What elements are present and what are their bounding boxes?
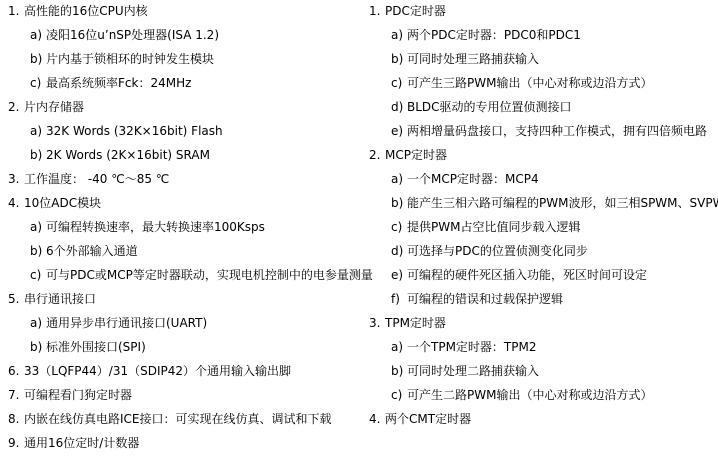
item-marker: 1. [369,0,385,23]
item-marker: 8. [8,407,24,431]
item-marker: c) [391,215,407,239]
item-text: 通用异步串行通讯接口(UART) [46,316,207,330]
item-text: BLDC驱动的专用位置侦测接口 [407,100,572,114]
item-text: 通用16位定时/计数器 [24,436,139,450]
item-text: 可选择与PDC的位置侦测变化同步 [407,244,588,258]
item-marker: a) [391,23,407,47]
list-item: 8.内嵌在线仿真电路ICE接口：可实现在线仿真、调试和下载 [0,407,358,431]
item-text: 提供PWM占空比值同步载入逻辑 [407,220,580,234]
list-item: a)可编程转换速率，最大转换速率100Ksps [0,215,358,239]
item-marker: b) [391,359,407,383]
list-item: 7.可编程看门狗定时器 [0,383,358,407]
item-text: 可编程的硬件死区插入功能，死区时间可设定 [407,268,647,282]
item-marker: 3. [369,311,385,335]
list-item: b)6个外部输入通道 [0,239,358,263]
list-item: 2.MCP定时器 [361,143,718,167]
item-marker: f) [391,287,407,311]
item-marker: 2. [369,143,385,167]
item-text: 可编程转换速率，最大转换速率100Ksps [46,220,265,234]
list-item: 1.PDC定时器 [361,0,718,23]
item-marker: 4. [8,191,24,215]
item-marker: a) [30,23,46,47]
item-text: 可同时处理三路捕获输入 [407,52,539,66]
item-marker: c) [30,71,46,95]
list-item: a)通用异步串行通讯接口(UART) [0,311,358,335]
list-item: b)能产生三相六路可编程的PWM波形，如三相SPWM、SVPWM等 [361,191,718,215]
item-text: 可产生二路PWM输出（中心对称或边沿方式） [407,388,652,402]
list-item: f)可编程的错误和过载保护逻辑 [361,287,718,311]
item-text: 串行通讯接口 [24,292,96,306]
item-marker: a) [391,335,407,359]
item-text: 内嵌在线仿真电路ICE接口：可实现在线仿真、调试和下载 [24,412,332,426]
item-text: 一个MCP定时器：MCP4 [407,172,539,186]
item-text: 10位ADC模块 [24,196,101,210]
item-text: 可编程看门狗定时器 [24,388,132,402]
item-marker: a) [30,119,46,143]
item-text: 高性能的16位CPU内核 [24,4,148,18]
item-text: PDC定时器 [385,4,446,18]
list-item: a)两个PDC定时器：PDC0和PDC1 [361,23,718,47]
item-marker: 6. [8,359,24,383]
item-text: MCP定时器 [385,148,447,162]
list-item: b)2K Words (2K×16bit) SRAM [0,143,358,167]
list-item: c)可与PDC或MCP等定时器联动，实现电机控制中的电参量测量 [0,263,358,287]
list-item: d)BLDC驱动的专用位置侦测接口 [361,95,718,119]
item-text: 两相增量码盘接口，支持四种工作模式，拥有四倍频电路 [407,124,707,138]
list-item: c)可产生三路PWM输出（中心对称或边沿方式） [361,71,718,95]
list-item: a)一个MCP定时器：MCP4 [361,167,718,191]
item-marker: e) [391,119,407,143]
item-text: 可与PDC或MCP等定时器联动，实现电机控制中的电参量测量 [46,268,373,282]
list-item: c)提供PWM占空比值同步载入逻辑 [361,215,718,239]
item-text: 可产生三路PWM输出（中心对称或边沿方式） [407,76,652,90]
item-text: 可编程的错误和过载保护逻辑 [407,292,563,306]
item-marker: b) [30,143,46,167]
list-item: 4.两个CMT定时器 [361,407,718,431]
item-marker: a) [391,167,407,191]
list-item: b)可同时处理三路捕获输入 [361,47,718,71]
item-marker: 9. [8,431,24,455]
item-text: 6个外部输入通道 [46,244,138,258]
list-item: a)一个TPM定时器：TPM2 [361,335,718,359]
list-item: c)可产生二路PWM输出（中心对称或边沿方式） [361,383,718,407]
list-item: 6.33（LQFP44）/31（SDIP42）个通用输入输出脚 [0,359,358,383]
list-item: a)凌阳16位u’nSP处理器(ISA 1.2) [0,23,358,47]
item-marker: 5. [8,287,24,311]
item-text: 能产生三相六路可编程的PWM波形，如三相SPWM、SVPWM等 [407,196,718,210]
list-item: e)两相增量码盘接口，支持四种工作模式，拥有四倍频电路 [361,119,718,143]
item-text: 可同时处理二路捕获输入 [407,364,539,378]
item-marker: b) [391,191,407,215]
item-marker: d) [391,239,407,263]
list-item: 9.通用16位定时/计数器 [0,431,358,455]
item-marker: 7. [8,383,24,407]
item-marker: d) [391,95,407,119]
item-text: 33（LQFP44）/31（SDIP42）个通用输入输出脚 [24,364,291,378]
list-item: c)最高系统频率Fck：24MHz [0,71,358,95]
right-feature-list: 1.PDC定时器 a)两个PDC定时器：PDC0和PDC1 b)可同时处理三路捕… [361,0,718,431]
item-text: TPM定时器 [385,316,446,330]
item-text: 两个CMT定时器 [385,412,471,426]
item-marker: 3. [8,167,24,191]
item-marker: e) [391,263,407,287]
item-marker: 1. [8,0,24,23]
item-marker: c) [391,71,407,95]
item-text: 最高系统频率Fck：24MHz [46,76,191,90]
item-marker: a) [30,215,46,239]
list-item: 2.片内存储器 [0,95,358,119]
item-text: 32K Words (32K×16bit) Flash [46,124,223,138]
item-marker: c) [30,263,46,287]
item-text: 凌阳16位u’nSP处理器(ISA 1.2) [46,28,219,42]
list-item: 3.工作温度： -40 ℃～85 ℃ [0,167,358,191]
list-item: b)片内基于锁相环的时钟发生模块 [0,47,358,71]
item-marker: 4. [369,407,385,431]
item-text: 两个PDC定时器：PDC0和PDC1 [407,28,581,42]
item-marker: a) [30,311,46,335]
list-item: b)标准外围接口(SPI) [0,335,358,359]
list-item: d)可选择与PDC的位置侦测变化同步 [361,239,718,263]
item-text: 片内存储器 [24,100,84,114]
list-item: a)32K Words (32K×16bit) Flash [0,119,358,143]
item-marker: b) [391,47,407,71]
item-text: 一个TPM定时器：TPM2 [407,340,536,354]
item-marker: 2. [8,95,24,119]
list-item: 1.高性能的16位CPU内核 [0,0,358,23]
item-text: 2K Words (2K×16bit) SRAM [46,148,210,162]
item-text: 标准外围接口(SPI) [46,340,146,354]
left-feature-list: 1.高性能的16位CPU内核 a)凌阳16位u’nSP处理器(ISA 1.2) … [0,0,358,455]
item-marker: b) [30,47,46,71]
item-text: 片内基于锁相环的时钟发生模块 [46,52,214,66]
list-item: e)可编程的硬件死区插入功能，死区时间可设定 [361,263,718,287]
item-marker: b) [30,239,46,263]
list-item: b)可同时处理二路捕获输入 [361,359,718,383]
list-item: 4.10位ADC模块 [0,191,358,215]
item-marker: c) [391,383,407,407]
list-item: 3.TPM定时器 [361,311,718,335]
list-item: 5.串行通讯接口 [0,287,358,311]
item-marker: b) [30,335,46,359]
item-text: 工作温度： -40 ℃～85 ℃ [24,172,169,186]
document-page: 1.高性能的16位CPU内核 a)凌阳16位u’nSP处理器(ISA 1.2) … [0,0,718,460]
